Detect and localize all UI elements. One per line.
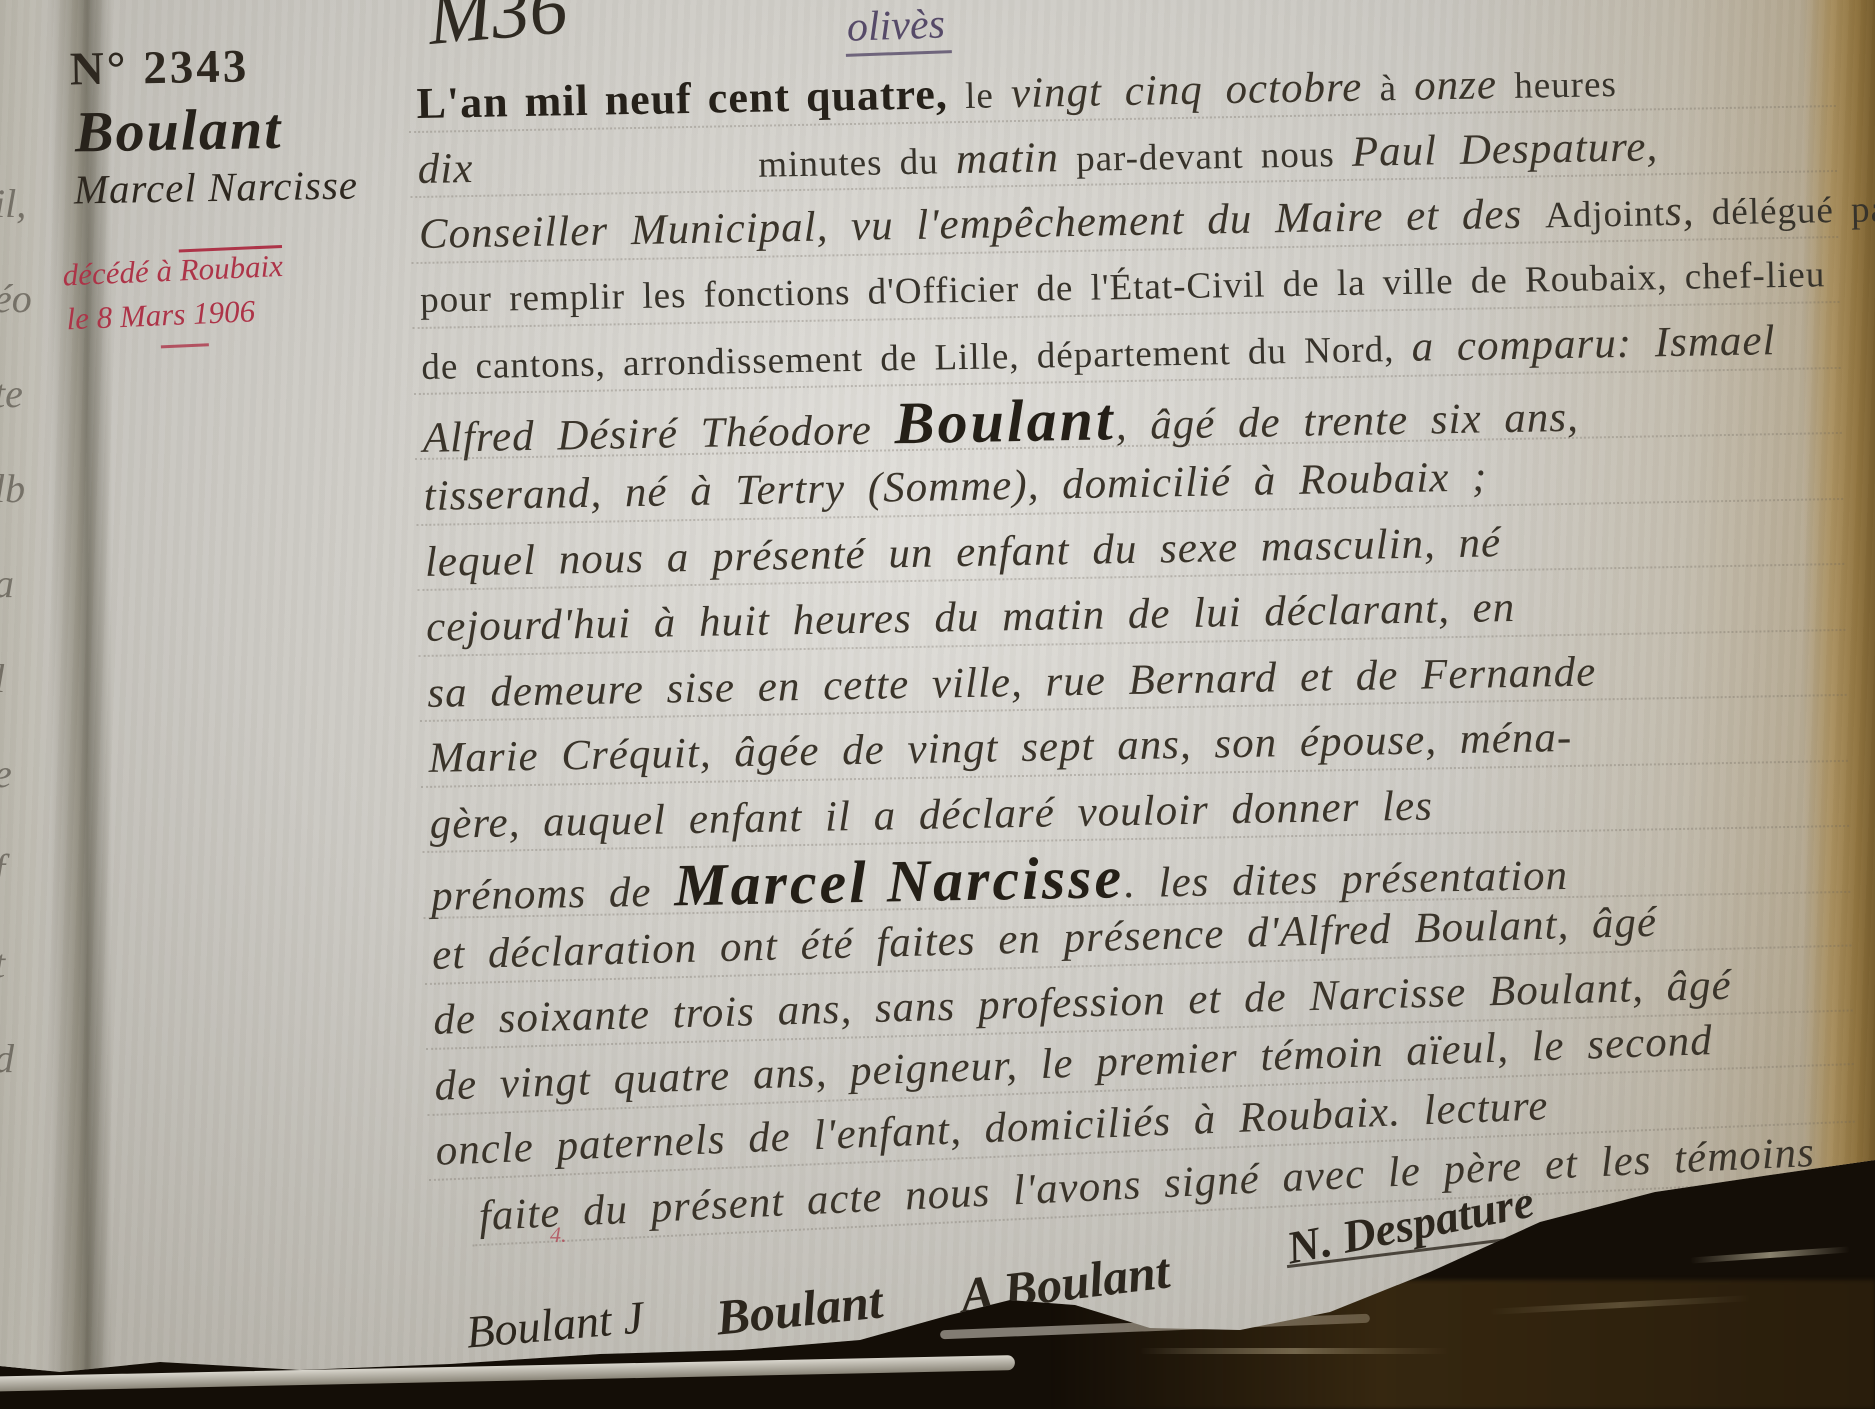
text-segment-hand: Paul Despature,	[1351, 123, 1658, 176]
signature-witness-1: Boulant	[713, 1271, 885, 1346]
text-segment-gap	[474, 176, 759, 181]
clerk-paraph: M36	[424, 0, 570, 63]
registry-photo: { "colors": { "page_background": "#d7d5c…	[0, 0, 1875, 1409]
text-segment-printed: heures	[1497, 64, 1618, 107]
previous-page-text-fragment: a	[0, 560, 14, 607]
previous-page-text-fragment: lb	[0, 465, 25, 512]
text-segment-hand: vingt cinq octobre	[1011, 64, 1363, 117]
text-segment-hand: Marie Créquit, âgée de vingt sept ans, s…	[428, 714, 1572, 782]
previous-page-text-fragment: éo	[0, 275, 32, 322]
death-note-place: Roubaix	[179, 248, 284, 287]
text-segment-printed: à	[1362, 68, 1415, 110]
text-segment-hand-large: Boulant	[894, 386, 1116, 456]
previous-page-edge: il,éotelbaleftd	[0, 0, 54, 1409]
previous-page-text-fragment: t	[0, 940, 5, 987]
death-note-line1: décédé à Roubaix	[62, 245, 359, 294]
text-segment-hand: matin	[955, 134, 1059, 183]
purple-annotation: olivès	[844, 0, 952, 57]
act-body-text: L'an mil neuf cent quatre, le vingt cinq…	[416, 46, 1832, 1250]
text-segment-hand: onze	[1414, 61, 1498, 110]
light-reflection	[1690, 1246, 1850, 1263]
previous-page-text-fragment: te	[0, 370, 23, 417]
text-segment-printed: Adjoint	[1545, 193, 1666, 236]
previous-page-text-fragment: d	[0, 1035, 14, 1082]
child-given-names: Marcel Narcisse	[73, 161, 358, 214]
previous-page-text-fragment: l	[0, 655, 5, 702]
death-note-date: le 8 Mars 1906	[66, 289, 361, 338]
child-surname: Boulant	[74, 94, 357, 166]
text-segment-printed: de cantons, arrondissement de Lille, dép…	[421, 329, 1412, 388]
previous-page-text-fragment: e	[0, 750, 12, 797]
text-segment-hand: a comparu: Ismael	[1411, 317, 1776, 371]
text-segment-hand: Conseiller Municipal, vu l'empêchement d…	[419, 190, 1546, 258]
text-segment-hand: sa demeure sise en cette ville, rue Bern…	[427, 648, 1597, 716]
act-number: N° 2343	[69, 38, 356, 97]
text-segment-hand: , âgé de trente six ans,	[1115, 393, 1579, 448]
previous-page-text-fragment: f	[0, 845, 5, 892]
text-segment-hand: gère, auquel enfant il a déclaré vouloir…	[429, 782, 1433, 847]
text-segment-hand: cejourd'hui à huit heures du matin de lu…	[426, 584, 1516, 651]
death-note-underline	[161, 343, 209, 348]
stray-red-mark: 4.	[550, 1222, 567, 1248]
signature-father: Boulant J	[464, 1290, 646, 1358]
previous-page-text-fragment: il,	[0, 180, 26, 227]
text-segment-hand: lequel nous a présenté un enfant du sexe…	[425, 519, 1502, 586]
register-page: il,éotelbaleftd N° 2343 Boulant Marcel N…	[0, 0, 1875, 1409]
text-segment-printed: par-devant nous	[1059, 133, 1353, 179]
text-segment-hand: dix	[417, 144, 473, 192]
text-segment-hand: Alfred Désiré Théodore	[422, 406, 895, 462]
text-segment-hand: s,	[1665, 188, 1695, 236]
margin-annotations: N° 2343 Boulant Marcel Narcisse décédé à…	[69, 38, 360, 349]
text-segment-printed: minutes du	[758, 141, 956, 186]
text-segment-printed: pour remplir les fonctions d'Officier de…	[420, 254, 1826, 321]
death-note-prefix: décédé à	[62, 253, 173, 293]
text-segment-printed-bold: L'an mil neuf cent quatre,	[416, 69, 948, 128]
text-segment-hand: prénoms de	[431, 868, 675, 919]
death-marginal-note: décédé à Roubaix le 8 Mars 1906	[62, 245, 362, 353]
text-segment-hand: tisserand, né à Tertry (Somme), domicili…	[423, 453, 1487, 519]
text-segment-printed: délégué par le Maire,	[1694, 186, 1875, 234]
text-segment-printed: le	[947, 75, 1011, 117]
